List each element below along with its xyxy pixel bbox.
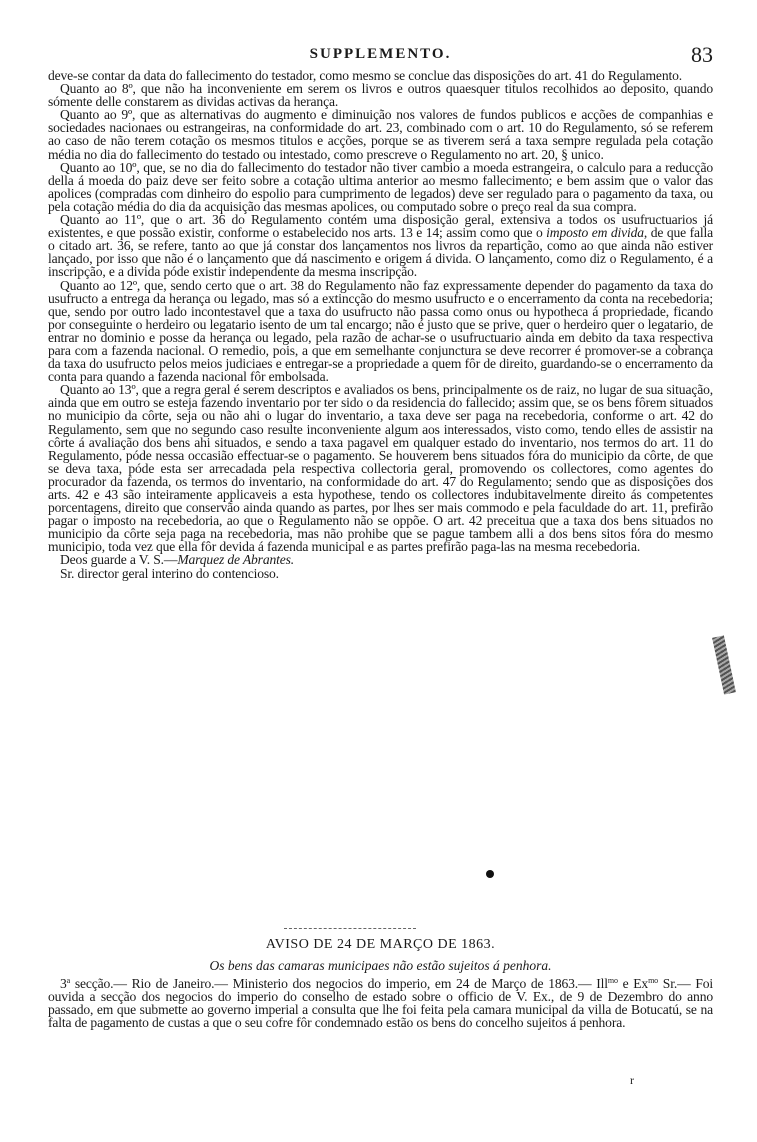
signoff-addressee: Sr. director geral interino do contencio… xyxy=(48,567,713,580)
paragraph-item-13: Quanto ao 13º, que a regra geral é serem… xyxy=(48,383,713,553)
signature-mark: r xyxy=(630,1073,634,1088)
page-number: 83 xyxy=(691,42,713,68)
body-text: deve-se contar da data do fallecimento d… xyxy=(48,69,713,580)
margin-scan-artifact xyxy=(712,635,736,694)
paragraph-item-11: Quanto ao 11º, que o art. 36 do Regulame… xyxy=(48,213,713,278)
section-subheading: Os bens das camaras municipaes não estão… xyxy=(48,958,713,974)
superscript: mo xyxy=(608,976,618,985)
paragraph-item-10: Quanto ao 10º, que, se no dia do falleci… xyxy=(48,161,713,213)
running-head: SUPPLEMENTO. 83 xyxy=(48,46,713,66)
paragraph-item-12: Quanto ao 12º, que, sendo certo que o ar… xyxy=(48,279,713,384)
section-body: 3a secção.— Rio de Janeiro.— Ministerio … xyxy=(48,977,713,1029)
signoff-line: Deos guarde a V. S.—Marquez de Abrantes. xyxy=(48,553,713,566)
running-title: SUPPLEMENTO. xyxy=(48,46,713,63)
superscript: mo xyxy=(648,976,658,985)
section-heading: AVISO DE 24 DE MARÇO DE 1863. xyxy=(48,937,713,953)
paragraph-item-8: Quanto ao 8º, que não ha inconveniente e… xyxy=(48,82,713,108)
section-paragraph: 3a secção.— Rio de Janeiro.— Ministerio … xyxy=(48,977,713,1029)
paragraph-item-9: Quanto ao 9º, que as alternativas do aug… xyxy=(48,108,713,160)
ink-blot xyxy=(486,870,494,878)
section-divider xyxy=(284,928,416,929)
